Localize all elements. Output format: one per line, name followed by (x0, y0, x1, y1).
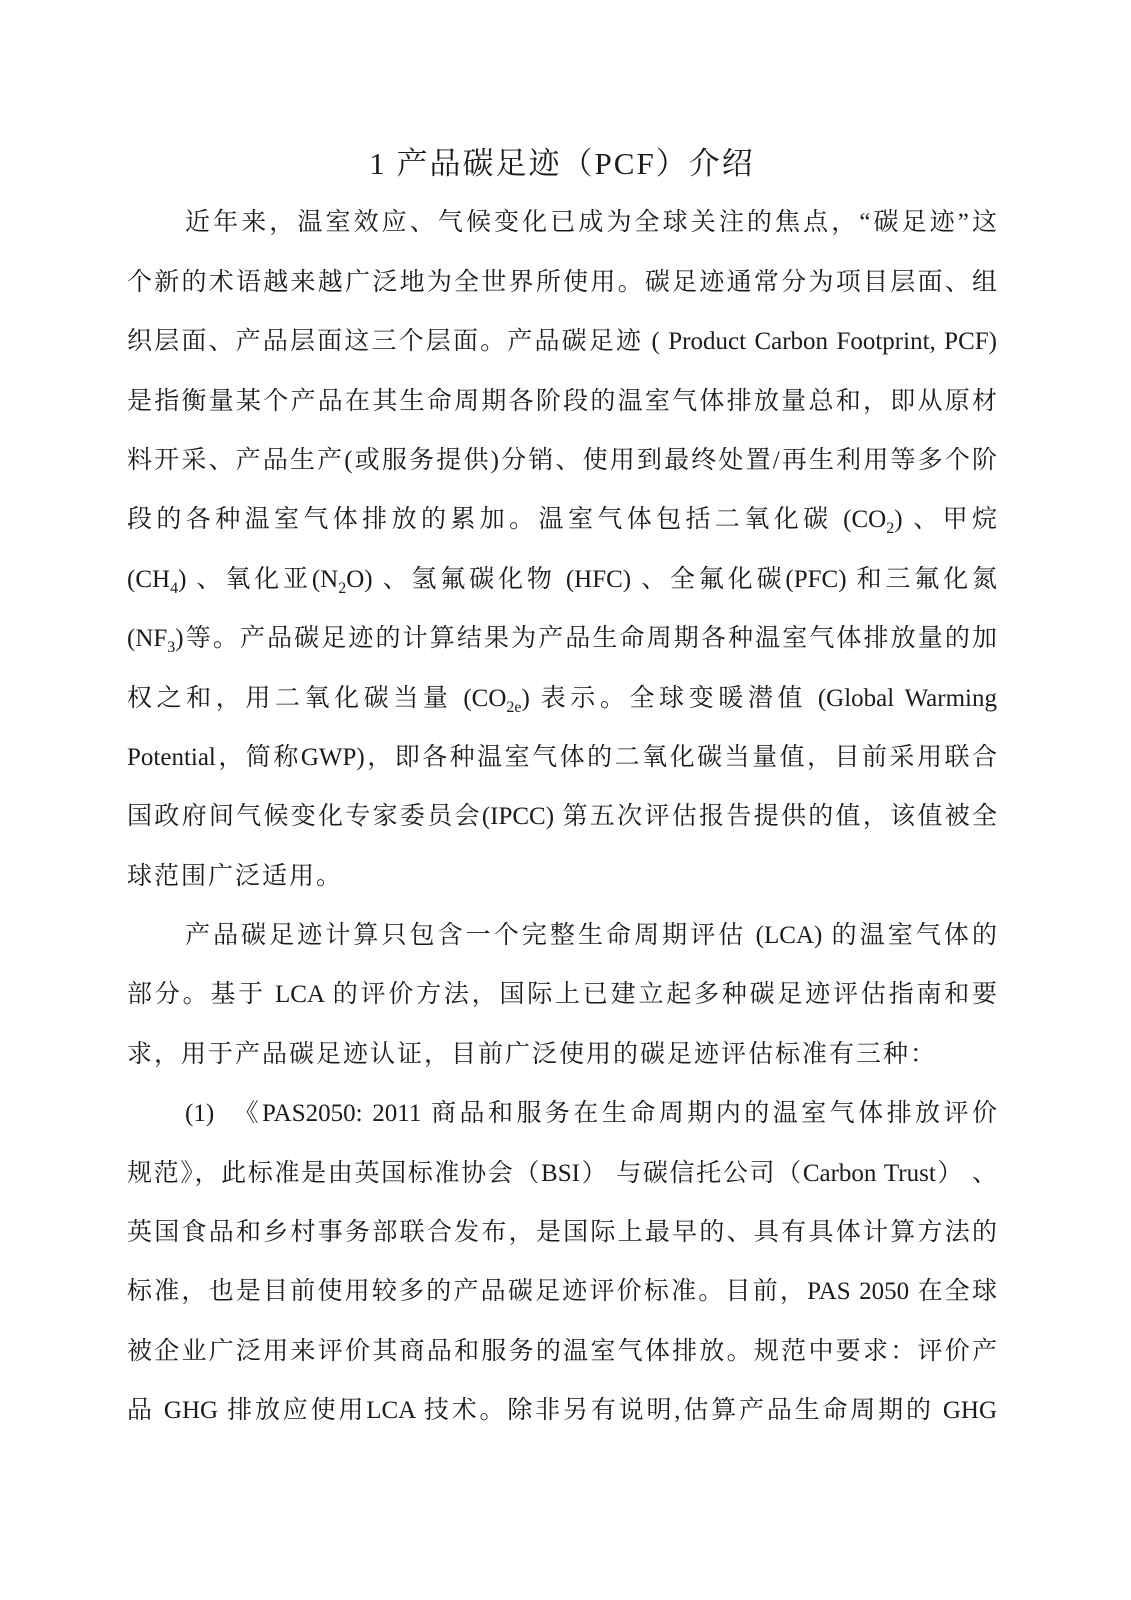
document-content: 1 产品碳足迹（PCF）介绍 近年来，温室效应、气候变化已成为全球关注的焦点，“… (127, 134, 997, 1441)
text-line: 部分。基于 LCA 的评价方法，国际上已建立起多种碳足迹评估指南和要 (127, 965, 997, 1024)
text-line: 是指衡量某个产品在其生命周期各阶段的温室气体排放量总和，即从原材 (127, 372, 997, 431)
text-segment: 段的各种温室气体排放的累加。温室气体包括二氧化碳 (CO (127, 506, 886, 533)
text-line: Potential，简称GWP)，即各种温室气体的二氧化碳当量值，目前采用联合 (127, 728, 997, 787)
text-segment: 品 GHG 排放应使用LCA 技术。除非另有说明,估算产品生命周期的 GHG (127, 1397, 997, 1424)
text-segment: O) 、氢氟碳化物 (HFC) 、全氟化碳(PFC) 和三氟化氮 (346, 566, 997, 593)
text-segment: 近年来，温室效应、气候变化已成为全球关注的焦点，“碳足迹”这 (185, 209, 997, 236)
text-segment: 被企业广泛用来评价其商品和服务的温室气体排放。规范中要求：评价产 (127, 1338, 997, 1365)
text-segment: (NF (127, 625, 167, 652)
text-line: 个新的术语越来越广泛地为全世界所使用。碳足迹通常分为项目层面、组 (127, 253, 997, 312)
text-segment: 国政府间气候变化专家委员会(IPCC) 第五次评估报告提供的值，该值被全 (127, 803, 997, 830)
text-line: 料开采、产品生产(或服务提供)分销、使用到最终处置/再生利用等多个阶 (127, 431, 997, 490)
text-segment: 产品碳足迹计算只包含一个完整生命周期评估 (LCA) 的温室气体的 (185, 922, 997, 949)
text-segment: 求，用于产品碳足迹认证，目前广泛使用的碳足迹评估标准有三种： (127, 1041, 937, 1068)
text-line: 求，用于产品碳足迹认证，目前广泛使用的碳足迹评估标准有三种： (127, 1025, 997, 1084)
text-line: 产品碳足迹计算只包含一个完整生命周期评估 (LCA) 的温室气体的 (127, 906, 997, 965)
text-segment: (CH (127, 566, 170, 593)
text-segment: 部分。基于 LCA 的评价方法，国际上已建立起多种碳足迹评估指南和要 (127, 981, 997, 1008)
text-segment: 球范围广泛适用。 (127, 863, 343, 890)
text-segment: 织层面、产品层面这三个层面。产品碳足迹 ( Product Carbon Foo… (127, 328, 997, 355)
text-line: 规范》，此标准是由英国标准协会（BSI） 与碳信托公司（Carbon Trust… (127, 1144, 997, 1203)
text-segment: (1) 《PAS2050: 2011 商品和服务在生命周期内的温室气体排放评价 (185, 1100, 997, 1127)
text-segment: 是指衡量某个产品在其生命周期各阶段的温室气体排放量总和，即从原材 (127, 388, 997, 415)
subscript-text: 2e (506, 699, 521, 716)
text-segment: ) 表示。全球变暖潜值 (Global Warming (522, 685, 998, 712)
text-segment: )等。产品碳足迹的计算结果为产品生命周期各种温室气体排放量的加 (175, 625, 997, 652)
text-line: 标准，也是目前使用较多的产品碳足迹评价标准。目前，PAS 2050 在全球 (127, 1262, 997, 1321)
text-line: 国政府间气候变化专家委员会(IPCC) 第五次评估报告提供的值，该值被全 (127, 787, 997, 846)
text-segment: 标准，也是目前使用较多的产品碳足迹评价标准。目前，PAS 2050 在全球 (127, 1278, 997, 1305)
text-line: 织层面、产品层面这三个层面。产品碳足迹 ( Product Carbon Foo… (127, 312, 997, 371)
document-page: 1 产品碳足迹（PCF）介绍 近年来，温室效应、气候变化已成为全球关注的焦点，“… (0, 0, 1131, 1600)
text-segment: 个新的术语越来越广泛地为全世界所使用。碳足迹通常分为项目层面、组 (127, 269, 997, 296)
text-segment: Potential，简称GWP)，即各种温室气体的二氧化碳当量值，目前采用联合 (127, 744, 997, 771)
text-line: 被企业广泛用来评价其商品和服务的温室气体排放。规范中要求：评价产 (127, 1322, 997, 1381)
text-line: 品 GHG 排放应使用LCA 技术。除非另有说明,估算产品生命周期的 GHG (127, 1381, 997, 1440)
document-body: 近年来，温室效应、气候变化已成为全球关注的焦点，“碳足迹”这个新的术语越来越广泛… (127, 193, 997, 1440)
text-line: 权之和，用二氧化碳当量 (CO2e) 表示。全球变暖潜值 (Global War… (127, 669, 997, 728)
subscript-text: 4 (170, 580, 178, 597)
text-line: 段的各种温室气体排放的累加。温室气体包括二氧化碳 (CO2) 、甲烷 (127, 490, 997, 549)
text-line: (CH4) 、氧化亚(N2O) 、氢氟碳化物 (HFC) 、全氟化碳(PFC) … (127, 550, 997, 609)
text-segment: 英国食品和乡村事务部联合发布，是国际上最早的、具有具体计算方法的 (127, 1219, 997, 1246)
text-line: 英国食品和乡村事务部联合发布，是国际上最早的、具有具体计算方法的 (127, 1203, 997, 1262)
text-segment: 权之和，用二氧化碳当量 (CO (127, 685, 506, 712)
text-line: (NF3)等。产品碳足迹的计算结果为产品生命周期各种温室气体排放量的加 (127, 609, 997, 668)
text-segment: ) 、甲烷 (894, 506, 997, 533)
text-segment: ) 、氧化亚(N (178, 566, 338, 593)
text-segment: 规范》，此标准是由英国标准协会（BSI） 与碳信托公司（Carbon Trust… (127, 1160, 997, 1187)
text-line: (1) 《PAS2050: 2011 商品和服务在生命周期内的温室气体排放评价 (127, 1084, 997, 1143)
text-line: 球范围广泛适用。 (127, 847, 997, 906)
text-segment: 料开采、产品生产(或服务提供)分销、使用到最终处置/再生利用等多个阶 (127, 447, 997, 474)
page-title: 1 产品碳足迹（PCF）介绍 (127, 134, 997, 193)
text-line: 近年来，温室效应、气候变化已成为全球关注的焦点，“碳足迹”这 (127, 193, 997, 252)
